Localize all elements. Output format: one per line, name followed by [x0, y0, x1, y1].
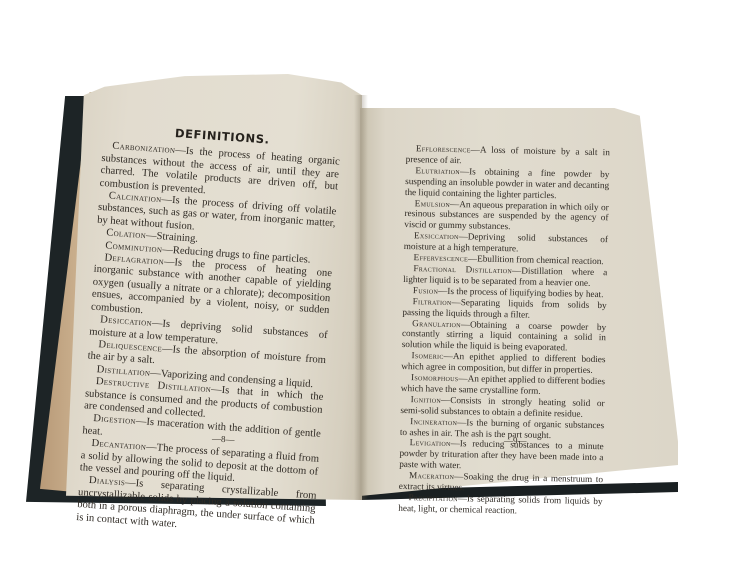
definition-entry: Granulation—Obtaining a coarse powder by… — [402, 317, 607, 354]
term: Dialysis — [89, 475, 126, 488]
term: Effervescence — [414, 252, 469, 263]
term: Granulation — [412, 318, 461, 329]
book-photo: DEFINITIONS. Carbonization—Is the proces… — [0, 0, 750, 563]
definition: —Is the process of heating one inorganic… — [91, 257, 333, 317]
term: Isomorphous — [411, 372, 459, 383]
term: Isomeric — [411, 350, 443, 361]
term: Levigation — [410, 438, 451, 449]
term: Fusion — [413, 285, 438, 296]
term: Incineration — [410, 416, 457, 427]
term: Precipitation — [408, 492, 457, 503]
term: Colation — [106, 228, 146, 242]
term: Ignition — [411, 394, 442, 405]
term: Efflorescence — [416, 143, 471, 154]
term: Maceration — [409, 470, 454, 481]
definition-entry: Precipitation—Is separating solids from … — [398, 492, 602, 518]
definition-entry: Emulsion—An aqueous preparation in which… — [404, 198, 609, 235]
term: Exsiccation — [414, 230, 459, 241]
term: Elutriation — [415, 165, 460, 176]
definition-entry: Elutriation—Is obtaining a fine powder b… — [405, 165, 610, 202]
right-page-text: Efflorescence—A loss of moisture by a sa… — [398, 143, 610, 518]
page-number-left: —8— — [212, 433, 235, 444]
left-page-text: DEFINITIONS. Carbonization—Is the proces… — [76, 122, 342, 541]
page-number-right: —9— — [504, 436, 527, 446]
term: Filtration — [413, 296, 452, 307]
definition-entry: Levigation—Is reducing substances to a m… — [399, 437, 604, 474]
term: Emulsion — [415, 198, 451, 209]
book-gutter — [354, 95, 368, 500]
